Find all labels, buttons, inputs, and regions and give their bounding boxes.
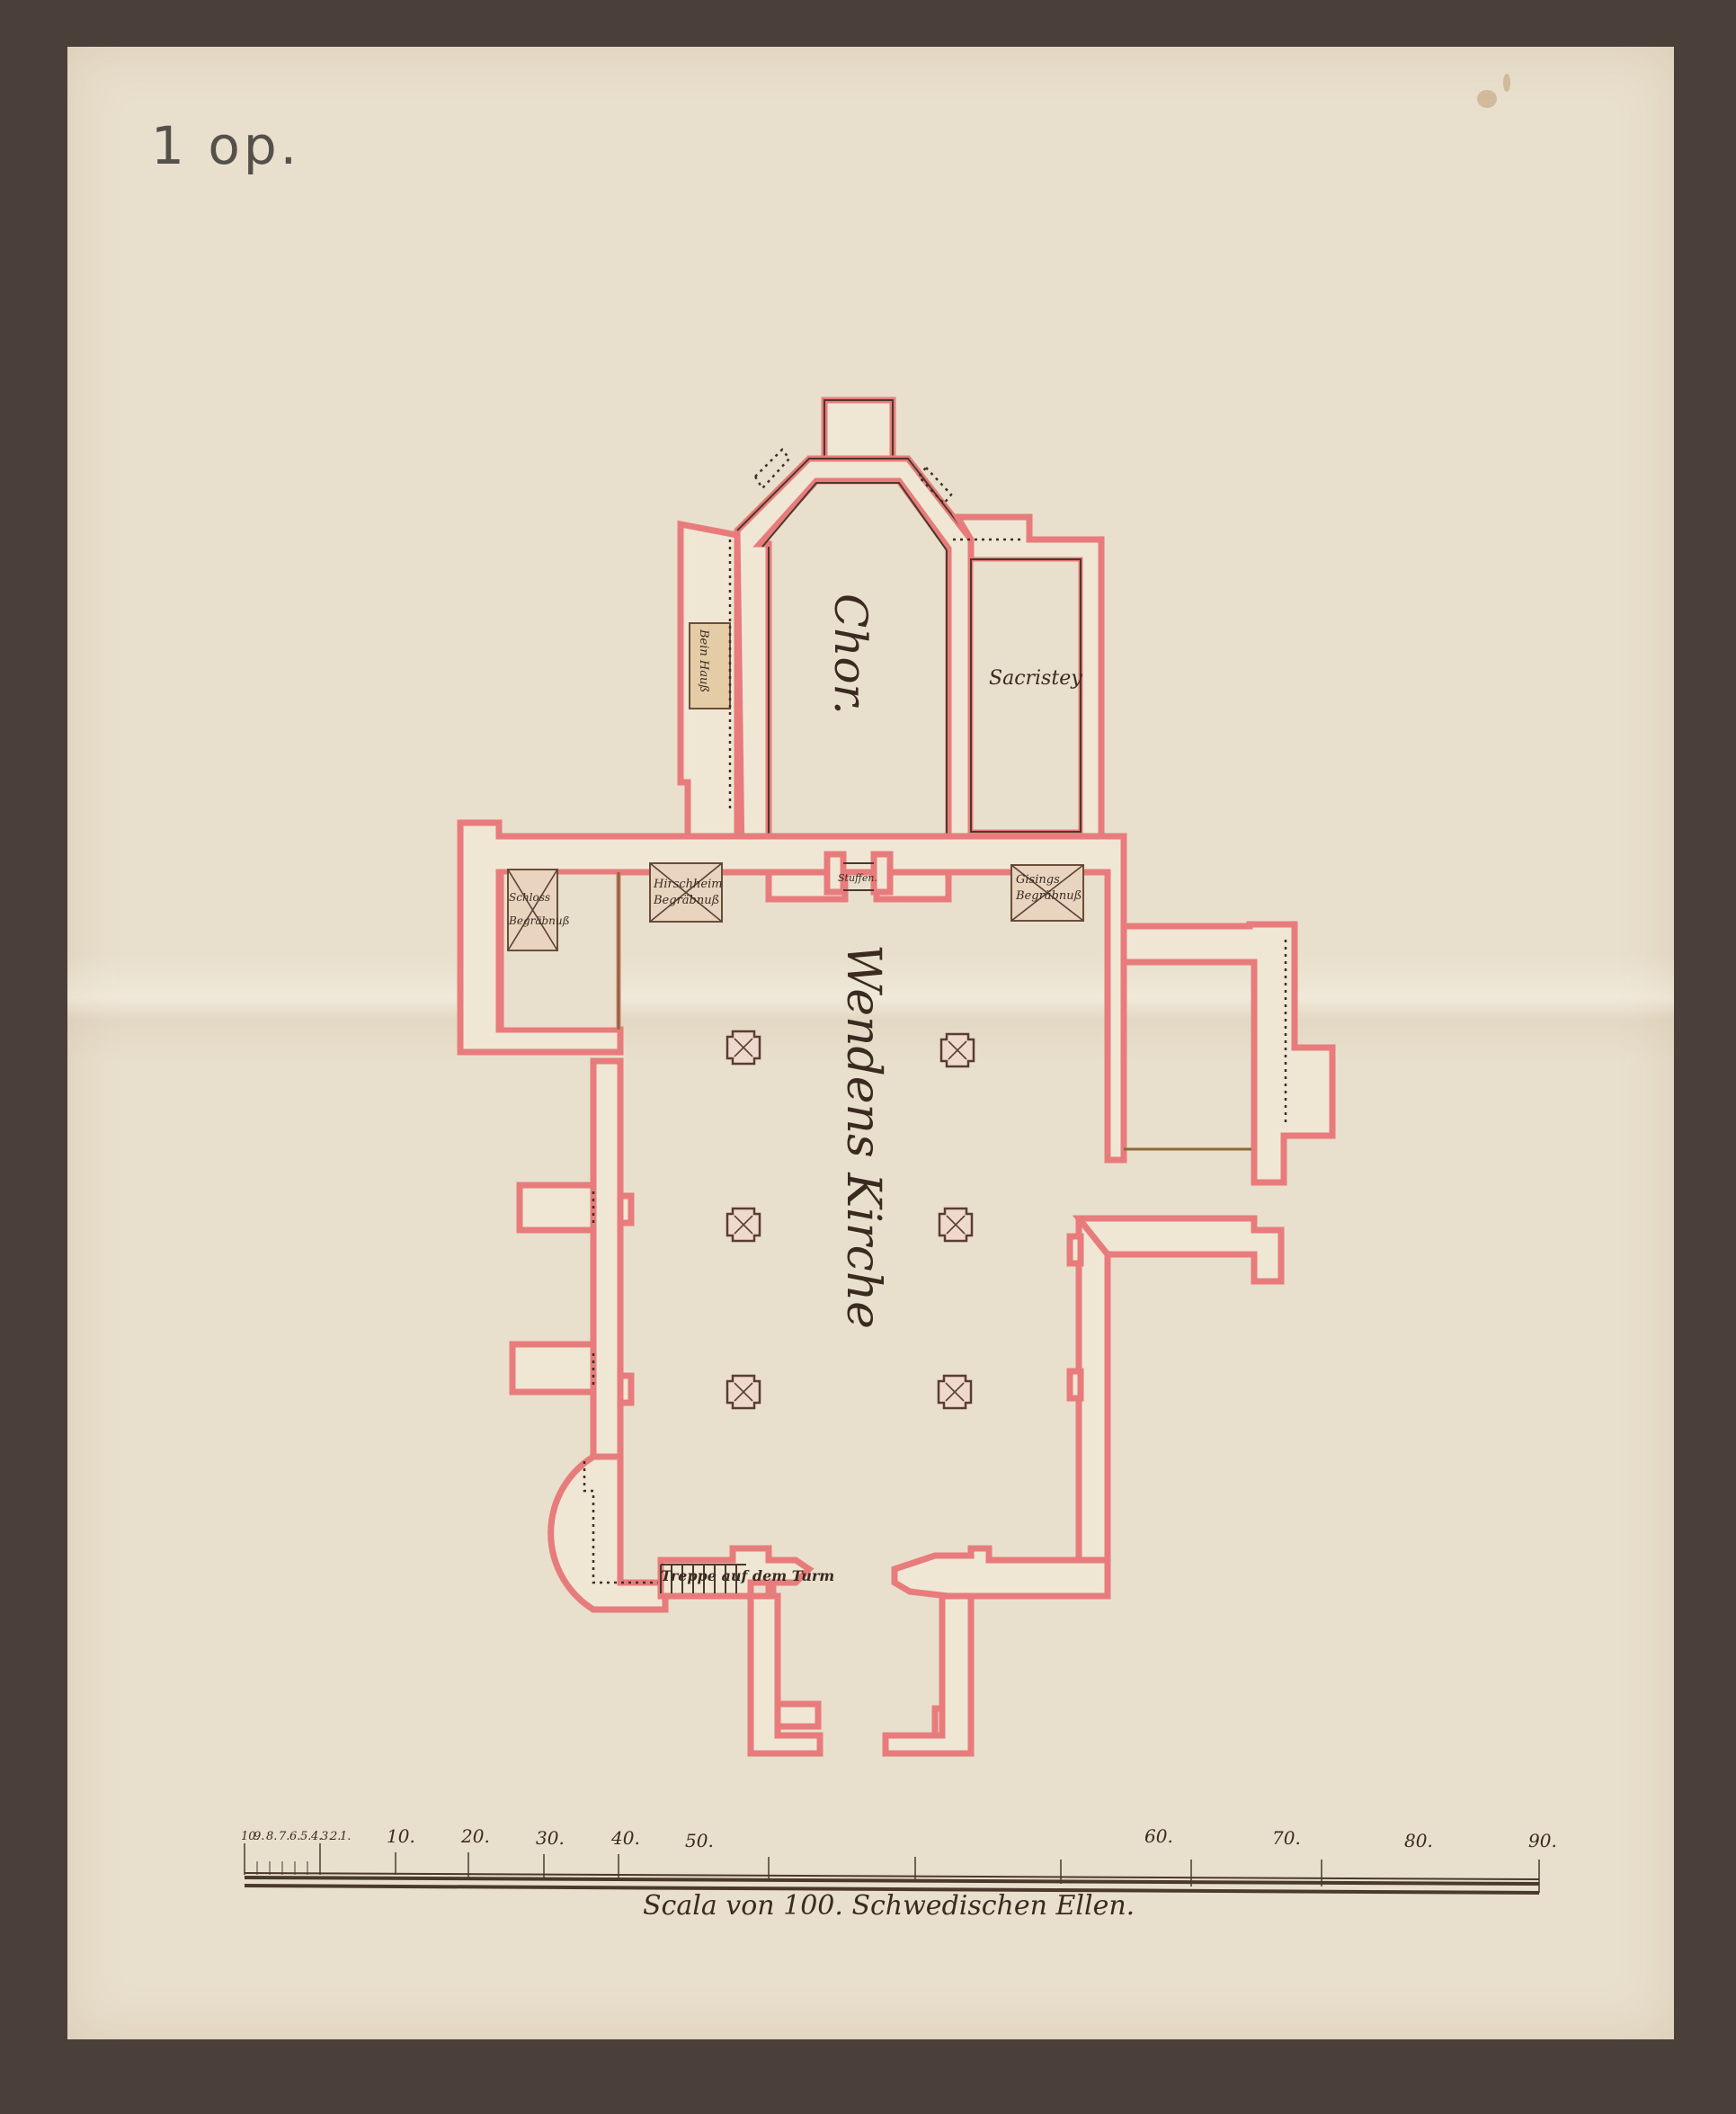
burial-label-hirschheim: Hirschheim Begräbnuß bbox=[654, 877, 723, 909]
scale-bar bbox=[245, 1843, 1539, 1893]
scale-tick-20: 20. bbox=[461, 1825, 490, 1847]
scale-small-tick-6: 6. bbox=[289, 1830, 300, 1843]
pillar bbox=[727, 1209, 760, 1241]
apse-tower-projection bbox=[824, 400, 893, 459]
scale-tick-40: 40. bbox=[611, 1827, 640, 1849]
scale-tick-60: 60. bbox=[1144, 1825, 1173, 1847]
scale-tick-50: 50. bbox=[685, 1830, 714, 1851]
scale-small-tick-7: 7. bbox=[279, 1830, 289, 1843]
scale-tick-30: 30. bbox=[536, 1827, 565, 1849]
burial-label-schloss: Schloss Begräbnuß bbox=[509, 886, 570, 932]
pillar bbox=[939, 1376, 971, 1408]
burial-label-gisings: Gisings Begräbnuß bbox=[1016, 872, 1082, 905]
scale-small-tick-5: 5. bbox=[300, 1830, 311, 1843]
sacristey-label: Sacristey bbox=[989, 667, 1082, 690]
pillar bbox=[939, 1209, 972, 1241]
scale-tick-80: 80. bbox=[1404, 1830, 1433, 1851]
scale-tick-10: 10. bbox=[387, 1825, 415, 1847]
right-chapel-annex bbox=[1124, 924, 1332, 1182]
tower-stairs-label: Treppe auf dem Turm bbox=[661, 1567, 834, 1584]
scale-caption: Scala von 100. Schwedischen Ellen. bbox=[643, 1890, 1135, 1922]
scale-small-tick-1: 1. bbox=[340, 1830, 351, 1843]
scale-tick-90: 90. bbox=[1528, 1830, 1557, 1851]
scale-small-tick-8: 8. bbox=[266, 1830, 277, 1843]
pillar bbox=[941, 1034, 974, 1066]
pillar bbox=[727, 1376, 760, 1408]
steps-label: Stuffen. bbox=[838, 872, 877, 884]
scale-small-tick-9: 9. bbox=[254, 1830, 264, 1843]
scale-tick-70: 70. bbox=[1272, 1827, 1301, 1849]
chor-label: Chor. bbox=[824, 593, 877, 715]
nave-label: Wendens Kirche bbox=[836, 944, 890, 1329]
nave-walls bbox=[512, 1061, 1281, 1596]
pillar bbox=[727, 1031, 760, 1064]
bein-hauss-label: Bein Hauß bbox=[697, 629, 710, 692]
round-tower bbox=[551, 1457, 665, 1610]
